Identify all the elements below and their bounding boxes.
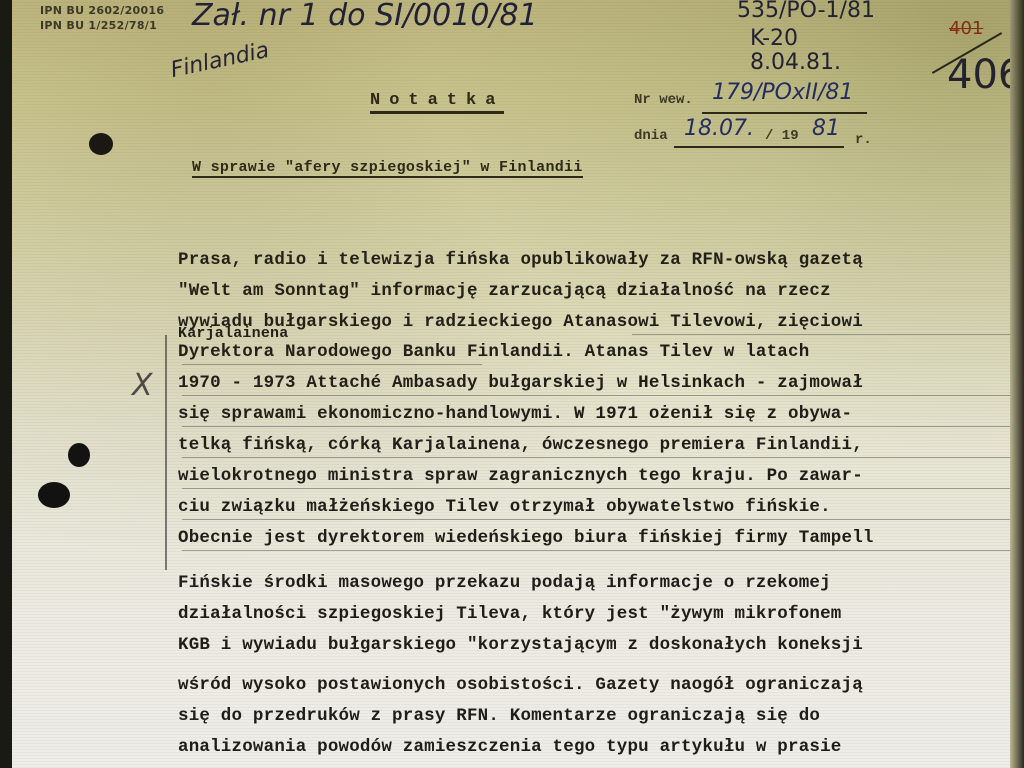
body-line-inserted: Karjalainena [178,325,288,342]
archive-stamp-line2: IPN BU 1/252/78/1 [40,19,157,32]
document-subject: W sprawie "afery szpiegoskiej" w Finland… [192,159,583,178]
punch-hole [89,133,113,155]
date-label: dnia [634,128,668,144]
document-title: Notatka [370,91,504,114]
handwritten-registry-line2: K-20 [750,26,798,51]
body-line: telką fińską, córką Karjalainena, ówczes… [178,435,863,455]
punch-hole [68,443,90,467]
page-edge [1010,0,1024,768]
body-line: ciu związku małżeńskiego Tilev otrzymał … [178,497,831,517]
pencil-underline [632,334,1012,335]
ref-label: Nr wew. [634,92,693,108]
handwritten-reference-number: 179/POxII/81 [712,80,853,105]
handwritten-attachment-note: Zał. nr 1 do SI/0010/81 [192,0,538,33]
document-page: IPN BU 2602/20016 IPN BU 1/252/78/1 Zał.… [12,0,1024,768]
date-year-prefix: / 19 [765,128,799,144]
body-line: 1970 - 1973 Attaché Ambasady bułgarskiej… [178,373,863,393]
body-line: wśród wysoko postawionych osobistości. G… [178,675,863,695]
handwritten-registry-line3: 8.04.81. [750,50,841,75]
pencil-underline [182,364,482,365]
body-line: Dyrektora Narodowego Banku Finlandii. At… [178,342,809,362]
body-line: działalności szpiegoskiej Tileva, który … [178,604,842,624]
handwritten-date: 18.07. [684,116,754,141]
body-line: Fińskie środki masowego przekazu podają … [178,573,831,593]
body-line: "Welt am Sonntag" informację zarzucającą… [178,281,831,301]
handwritten-country-note: Finlandia [168,38,271,83]
pencil-underline [182,426,1012,427]
margin-line [165,335,167,570]
archive-stamp-line1: IPN BU 2602/20016 [40,4,164,17]
pencil-underline [182,519,1012,520]
ref-underline [702,112,867,114]
pencil-underline [182,488,1012,489]
date-underline [674,146,844,148]
handwritten-year: 81 [812,116,840,141]
body-line: Prasa, radio i telewizja fińska opubliko… [178,250,863,270]
body-line: się do przedruków z prasy RFN. Komentarz… [178,706,820,726]
body-line: Obecnie jest dyrektorem wiedeńskiego biu… [178,528,874,548]
body-line: wielokrotnego ministra spraw zagraniczny… [178,466,863,486]
pencil-underline [182,550,1012,551]
body-line: analizowania powodów zamieszczenia tego … [178,737,842,757]
handwritten-margin-mark: X [132,368,153,403]
body-line: się sprawami ekonomiczno-handlowymi. W 1… [178,404,852,424]
body-line: KGB i wywiadu bułgarskiego "korzystający… [178,635,863,655]
pencil-underline [182,395,1012,396]
date-suffix: r. [855,132,872,148]
handwritten-page-number-crossed: 401 [949,18,983,39]
punch-hole [38,482,70,508]
pencil-underline [182,457,1012,458]
handwritten-registry-line1: 535/PO-1/81 [737,0,875,23]
